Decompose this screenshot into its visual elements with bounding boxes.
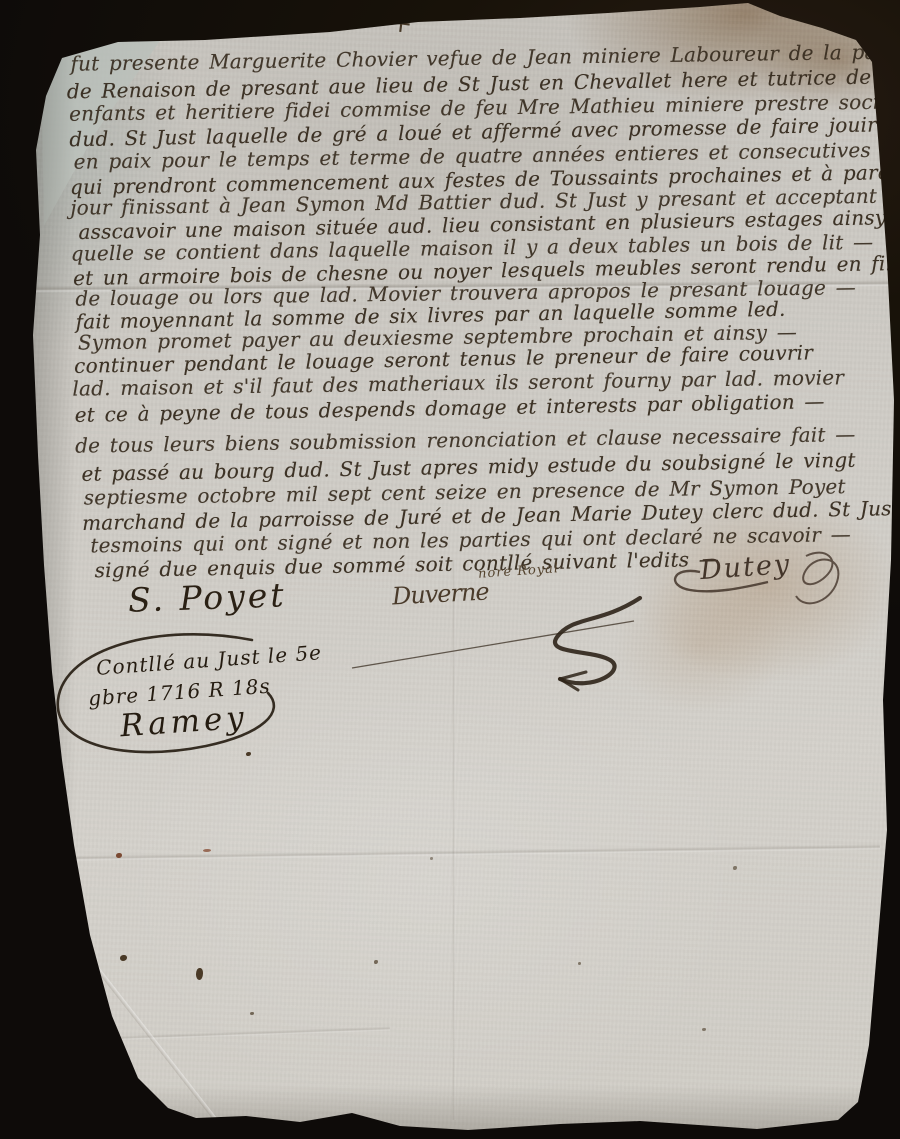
ink-speck <box>246 752 251 756</box>
bottom-edge-shading <box>100 1085 860 1131</box>
ink-speck <box>203 849 211 852</box>
ink-speck <box>250 1012 254 1015</box>
ink-speck <box>196 968 203 980</box>
ink-speck <box>578 962 581 965</box>
signature-notary: Duverne <box>391 577 489 610</box>
ink-speck <box>702 1028 706 1031</box>
photo-background: + fut presente Marguerite Chovier vefue … <box>0 0 900 1139</box>
ink-speck <box>120 955 127 961</box>
ink-speck <box>374 960 378 964</box>
ink-speck <box>430 857 433 860</box>
signature-dutey: Dutey <box>699 549 792 586</box>
signature-ramey: Ramey <box>119 700 249 745</box>
horizontal-fold-crease <box>50 844 880 862</box>
ink-speck <box>733 866 737 870</box>
manuscript-page: + fut presente Marguerite Chovier vefue … <box>0 0 900 1139</box>
signature-poyet: S. Poyet <box>127 575 287 620</box>
horizontal-fold-crease <box>60 1026 390 1043</box>
